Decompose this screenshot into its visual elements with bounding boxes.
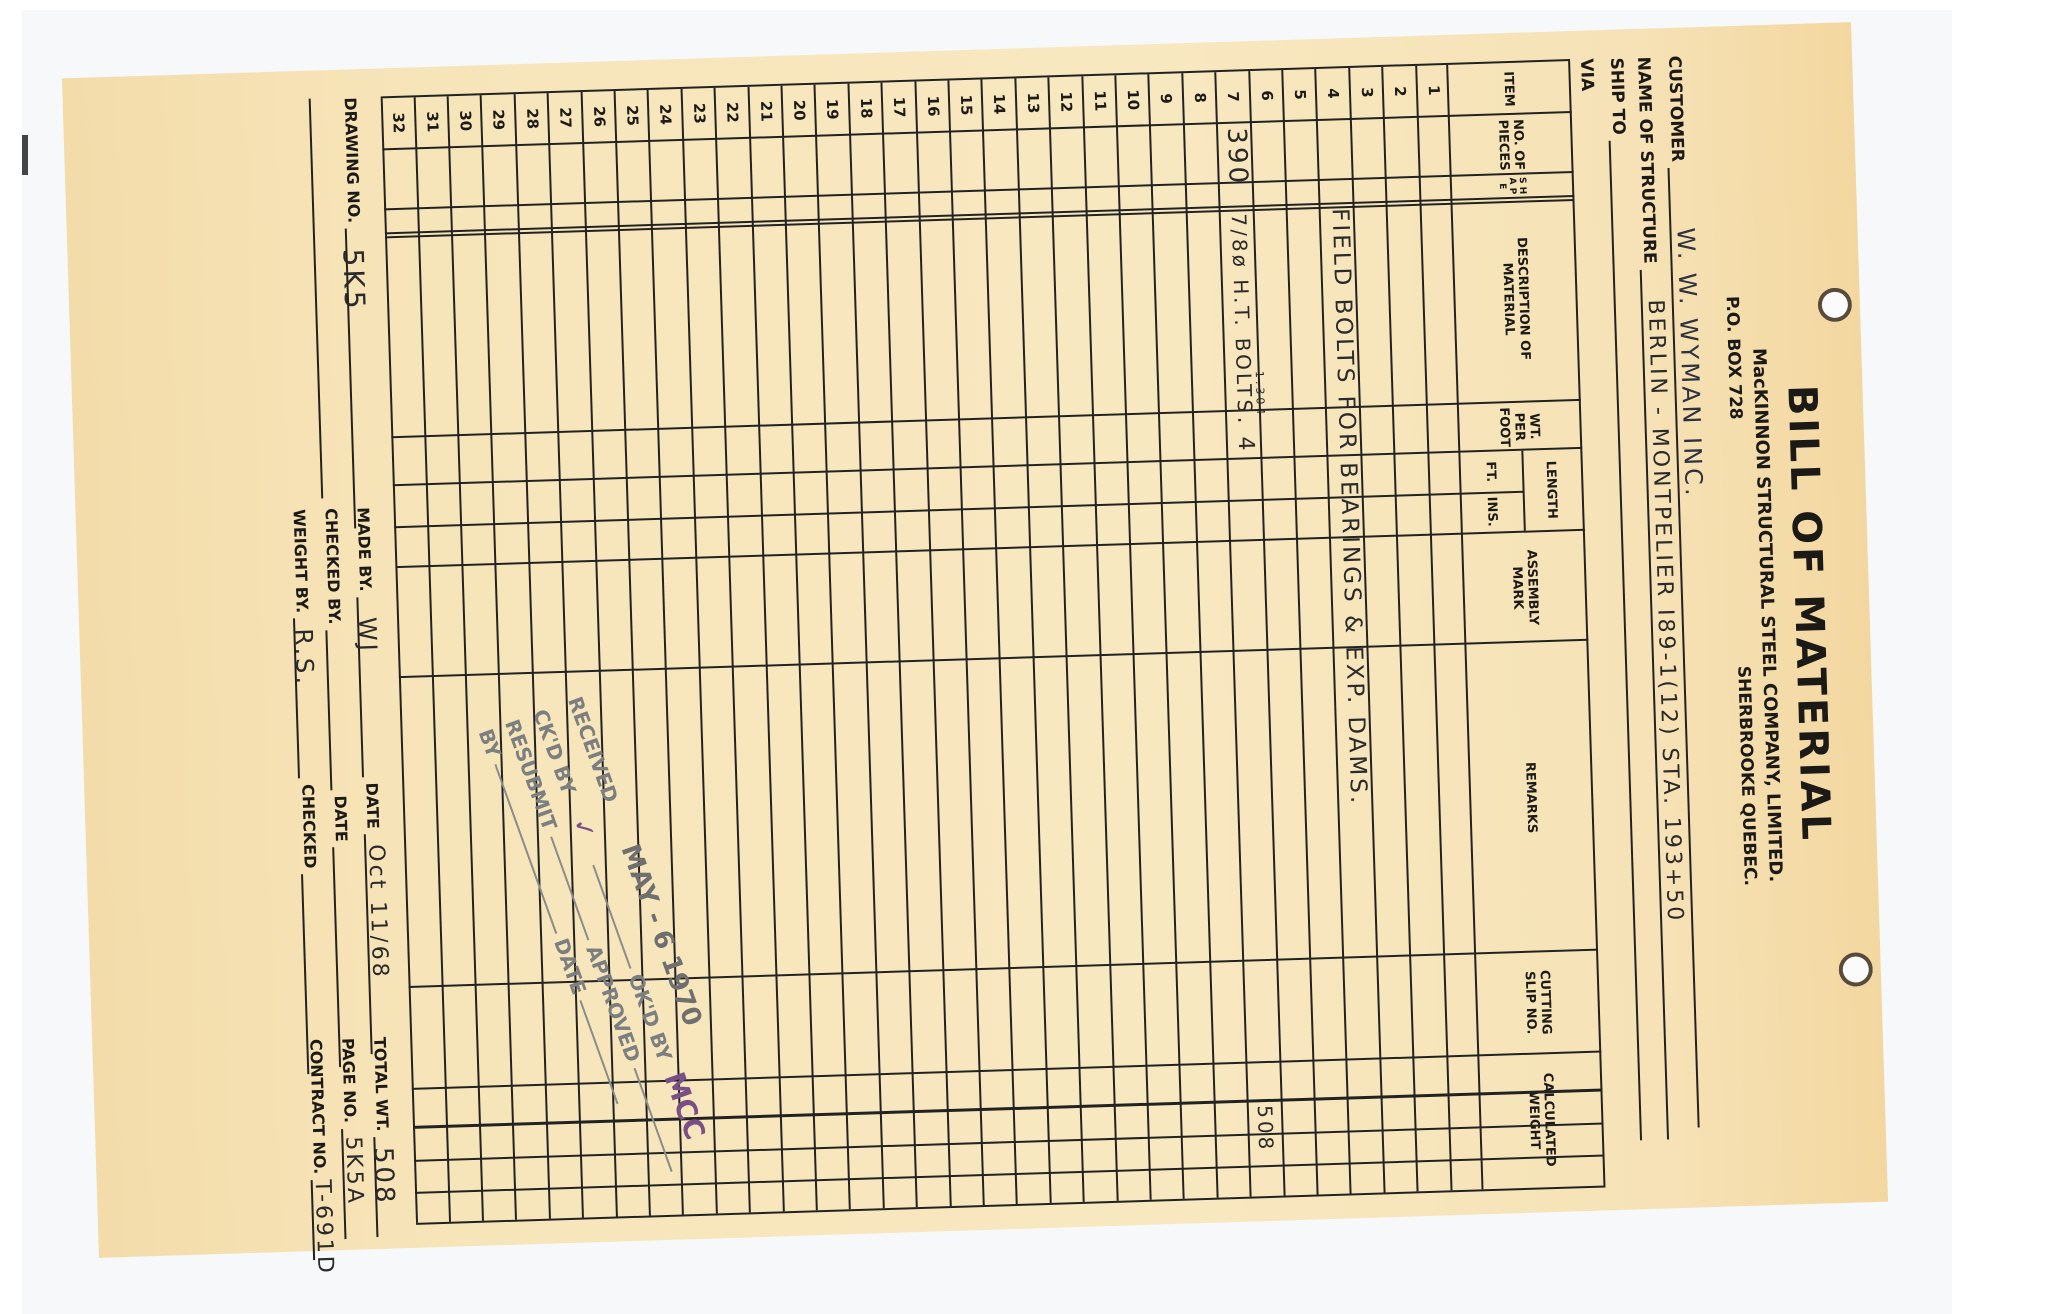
page-no-label: PAGE NO. (338, 1038, 360, 1124)
col-description: DESCRIPTION OF MATERIAL (1452, 197, 1578, 401)
checked-date-value (332, 847, 363, 1068)
total-wt-value: 508 (367, 1137, 399, 1207)
form-footer: DRAWING NO. 5K5 MADE BY. WJ DATE Oct 11/… (73, 97, 408, 1231)
table-row: 17 (889, 82, 909, 133)
table-row: 7 (1223, 71, 1243, 122)
scan-edge-mark (22, 135, 28, 175)
table-row: 14 (989, 79, 1009, 130)
col-length-ft: FT. (1460, 451, 1521, 493)
material-table: ITEM NO. OF PIECES S H A P E DESCRIPTION… (381, 59, 1606, 1225)
table-row: 6 (1257, 70, 1277, 121)
structure-label: NAME OF STRUCTURE (1633, 56, 1659, 264)
table-row: 5 (1290, 69, 1310, 120)
table-row: 1 (1424, 65, 1444, 116)
made-date-label: DATE (362, 782, 382, 829)
via-field: VIA (1576, 58, 1597, 91)
contract-no-label: CONTRACT NO. (306, 1039, 329, 1175)
table-row: 25 (623, 90, 643, 141)
stamp-by: BY (474, 726, 506, 761)
table-row: 30 (456, 95, 476, 146)
made-by-label: MADE BY. (354, 507, 376, 592)
table-row: 31 (423, 97, 443, 148)
punch-hole-left (1817, 287, 1852, 322)
checked-by-label: CHECKED BY. (322, 508, 345, 625)
contract-no-field: CONTRACT NO. T-691D (306, 1038, 337, 1260)
table-row: 10 (1123, 74, 1143, 125)
via-label: VIA (1576, 58, 1597, 91)
table-row: 9 (1156, 73, 1176, 124)
ship-to-value (1609, 141, 1642, 1141)
col-pieces: NO. OF PIECES (1450, 113, 1572, 177)
table-row: 13 (1023, 78, 1043, 129)
row-7-wt-per-foot: . 4 (1232, 416, 1258, 454)
company-city: SHERBROOKE QUEBEC. (1733, 666, 1760, 887)
received-stamp: RECEIVED MAY - 6 1970 CK'D BY ✓ OK'D BY … (474, 692, 752, 1185)
customer-value: W. W. WYMAN INC. (1670, 167, 1708, 499)
table-row: 15 (956, 80, 976, 131)
drawing-no-label: DRAWING NO. (341, 97, 364, 223)
col-remarks: REMARKS (1466, 641, 1596, 955)
weight-by-value: R.S. (289, 618, 319, 687)
page-no-value: 5K5A (340, 1128, 367, 1206)
bill-of-material-form: BILL OF MATERIAL MacKINNON STRUCTURAL ST… (62, 22, 1888, 1258)
row-7-calculated-weight: 508 (1253, 1105, 1278, 1153)
table-row: 27 (556, 92, 576, 143)
table-row: 29 (489, 94, 509, 145)
table-row: 32 (389, 98, 409, 149)
checked-by-value (325, 630, 354, 791)
table-row: 18 (856, 83, 876, 134)
made-date-value: Oct 11/68 (363, 834, 393, 980)
table-row: 21 (757, 86, 777, 137)
table-row: 12 (1056, 77, 1076, 128)
table-row: 28 (523, 93, 543, 144)
ship-to-label: SHIP TO (1606, 57, 1628, 135)
checked-label: CHECKED (298, 784, 320, 869)
total-wt-field: TOTAL WT. 508 (370, 1036, 400, 1237)
col-item: ITEM (1448, 61, 1570, 117)
col-wt-per-foot: WT. PER FOOT (1459, 401, 1580, 453)
customer-label: CUSTOMER (1664, 55, 1687, 162)
table-row: 4 (1323, 68, 1343, 119)
table-row: 23 (690, 88, 710, 139)
row-7-pieces: 390 (1221, 127, 1253, 187)
total-wt-label: TOTAL WT. (370, 1037, 392, 1132)
col-assembly-mark: ASSEMBLY MARK (1463, 531, 1586, 645)
table-row: 22 (723, 87, 743, 138)
table-row: 19 (822, 84, 842, 135)
table-row: 24 (656, 89, 676, 140)
po-box: P.O. BOX 728 (1722, 296, 1746, 420)
made-by-value: WJ (352, 597, 382, 655)
col-calculated-weight: CALCULATED WEIGHT (1479, 1051, 1603, 1190)
table-row: 26 (590, 91, 610, 142)
table-row: 8 (1190, 72, 1210, 123)
drawing-no-field: DRAWING NO. 5K5 (341, 97, 379, 529)
stamp-ckd-mark: ✓ (566, 813, 602, 844)
col-cutting-slip: CUTTING SLIP NO. (1476, 951, 1599, 1055)
contract-no-value: T-691D (310, 1179, 338, 1276)
table-row: 20 (789, 85, 809, 136)
table-row: 11 (1090, 76, 1110, 127)
table-row: 3 (1357, 67, 1377, 118)
row-7-annotation: 1.304 (1253, 371, 1267, 418)
table-row: 16 (923, 81, 943, 132)
row-4-description: FIELD BOLTS FOR BEARINGS & EXP. DAMS. (1327, 208, 1372, 807)
weight-by-label: WEIGHT BY. (290, 509, 312, 613)
page-no-field: PAGE NO. 5K5A (338, 1037, 368, 1238)
table-row: 2 (1390, 66, 1410, 117)
drawing-no-value: 5K5 (336, 228, 372, 312)
checked-date-label: DATE (331, 795, 351, 842)
punch-hole-right (1838, 952, 1873, 987)
table-header: ITEM NO. OF PIECES S H A P E DESCRIPTION… (1446, 61, 1605, 1189)
col-length: LENGTH (1520, 449, 1582, 531)
col-length-ins: INS. (1462, 491, 1523, 533)
